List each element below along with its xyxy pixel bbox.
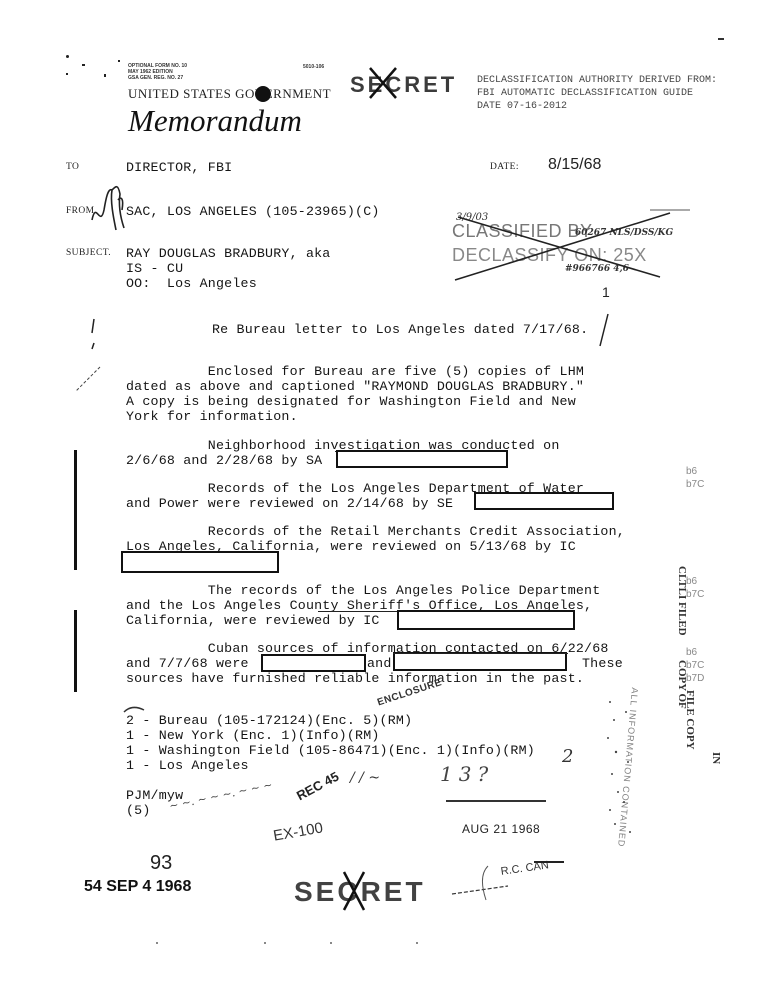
scribble-mark: / / ~: [350, 770, 380, 786]
scan-speck: [118, 60, 120, 62]
subject-line-2: IS - CU: [126, 261, 183, 276]
margin-marks: [72, 315, 112, 405]
stamp-rule: [446, 800, 546, 802]
cross-out-mark: [340, 870, 368, 912]
handwritten-file-number: 13?: [440, 762, 494, 786]
rec-stamp: REC 45: [294, 769, 341, 804]
scan-speck: [264, 942, 266, 944]
redaction-box: [336, 450, 508, 468]
bottom-right-scribble: [448, 856, 578, 906]
margin-bar: [74, 450, 77, 570]
form-code: 5010-106: [303, 64, 324, 70]
paragraph-cuban-2b: and: [367, 656, 392, 671]
scan-speck: [82, 64, 85, 66]
stamp-cross-out: [450, 205, 690, 285]
exemption-code: b7C: [686, 589, 704, 601]
date-value: 8/15/68: [548, 156, 601, 174]
margin-bar: [74, 610, 77, 692]
declassification-line-1: DECLASSIFICATION AUTHORITY DERIVED FROM:: [477, 75, 717, 87]
paragraph-enclosed-1: Enclosed for Bureau are five (5) copies …: [126, 364, 584, 379]
subject-label: SUBJECT.: [66, 248, 111, 258]
distribution-line: 1 - Washington Field (105-86471)(Enc. 1)…: [126, 743, 535, 758]
routing-scribble: ~ ~. ~ ~ ~. ~ ~ ~: [168, 778, 274, 813]
scan-speck: [104, 74, 106, 77]
faded-stamp-dots: [600, 692, 650, 842]
date-label: DATE:: [490, 162, 519, 172]
side-stamp-file-copy: FILE COPY: [684, 690, 696, 750]
declassification-line-3: DATE 07-16-2012: [477, 101, 567, 113]
redaction-box: [121, 551, 279, 573]
subject-line-1: RAY DOUGLAS BRADBURY, aka: [126, 246, 331, 261]
to-value: DIRECTOR, FBI: [126, 160, 232, 175]
reference-line: Re Bureau letter to Los Angeles dated 7/…: [212, 322, 588, 337]
redaction-box: [261, 654, 366, 672]
paragraph-cuban-2a: and 7/7/68 were: [126, 656, 249, 671]
side-stamp-filed: CLTLI FILED: [676, 566, 688, 636]
classification-text: SECRET: [350, 72, 457, 97]
handwritten-page-number: 93: [150, 852, 172, 875]
from-value: SAC, LOS ANGELES (105-23965)(C): [126, 204, 380, 219]
redaction-box: [397, 610, 575, 630]
scan-speck: [718, 38, 724, 40]
exemption-code: b7C: [686, 479, 704, 491]
to-label: TO: [66, 162, 79, 172]
paragraph-cuban-2c: These: [582, 656, 623, 671]
subject-line-3: OO: Los Angeles: [126, 276, 257, 291]
declassification-line-2: FBI AUTOMATIC DECLASSIFICATION GUIDE: [477, 88, 693, 100]
exemption-code: b6: [686, 647, 697, 659]
paragraph-police-3: California, were reviewed by IC: [126, 613, 380, 628]
copies-count: (5): [126, 803, 151, 818]
scan-speck: [330, 942, 332, 944]
exemption-code: b7D: [686, 673, 704, 685]
hole-punch-mark: [255, 86, 271, 102]
scan-speck: [66, 73, 68, 75]
paragraph-neighborhood-2: 2/6/68 and 2/28/68 by SA: [126, 453, 322, 468]
scan-speck: [156, 942, 158, 944]
distribution-line: 1 - Los Angeles: [126, 758, 249, 773]
received-date-stamp: AUG 21 1968: [462, 822, 540, 836]
bottom-date-stamp: 54 SEP 4 1968: [84, 878, 191, 896]
redaction-box: [474, 492, 614, 510]
government-heading: UNITED STATES GOVERNMENT: [128, 86, 331, 102]
page-mark: 1: [602, 284, 610, 300]
scan-speck: [66, 55, 69, 58]
paragraph-police-1: The records of the Los Angeles Police De…: [126, 583, 600, 598]
side-stamp-in: IN: [710, 752, 722, 764]
paragraph-cuban-3: sources have furnished reliable informat…: [126, 671, 584, 686]
distribution-line: 2 - Bureau (105-172124)(Enc. 5)(RM): [126, 713, 412, 728]
paragraph-enclosed-3: A copy is being designated for Washingto…: [126, 394, 576, 409]
classification-stamp-top: SECRET: [350, 72, 457, 98]
paragraph-retail-1: Records of the Retail Merchants Credit A…: [126, 524, 625, 539]
exemption-code: b7C: [686, 660, 704, 672]
paragraph-water-power-2: and Power were reviewed on 2/14/68 by SE: [126, 496, 453, 511]
cross-out-mark: [368, 66, 398, 100]
exemption-code: b6: [686, 466, 697, 478]
redaction-box: [393, 652, 567, 671]
check-mark: [594, 312, 614, 348]
form-reg: GSA GEN. REG. NO. 27: [128, 75, 183, 81]
paragraph-enclosed-4: York for information.: [126, 409, 298, 424]
handwritten-initials: [88, 180, 128, 235]
scan-speck: [416, 942, 418, 944]
distribution-line: 1 - New York (Enc. 1)(Info)(RM): [126, 728, 380, 743]
memo-title: Memorandum: [128, 103, 302, 139]
paragraph-enclosed-2: dated as above and captioned "RAYMOND DO…: [126, 379, 584, 394]
ex-stamp: EX-100: [272, 819, 324, 844]
handwritten-mark-2: 2: [562, 746, 573, 767]
text-underline: [393, 652, 568, 654]
